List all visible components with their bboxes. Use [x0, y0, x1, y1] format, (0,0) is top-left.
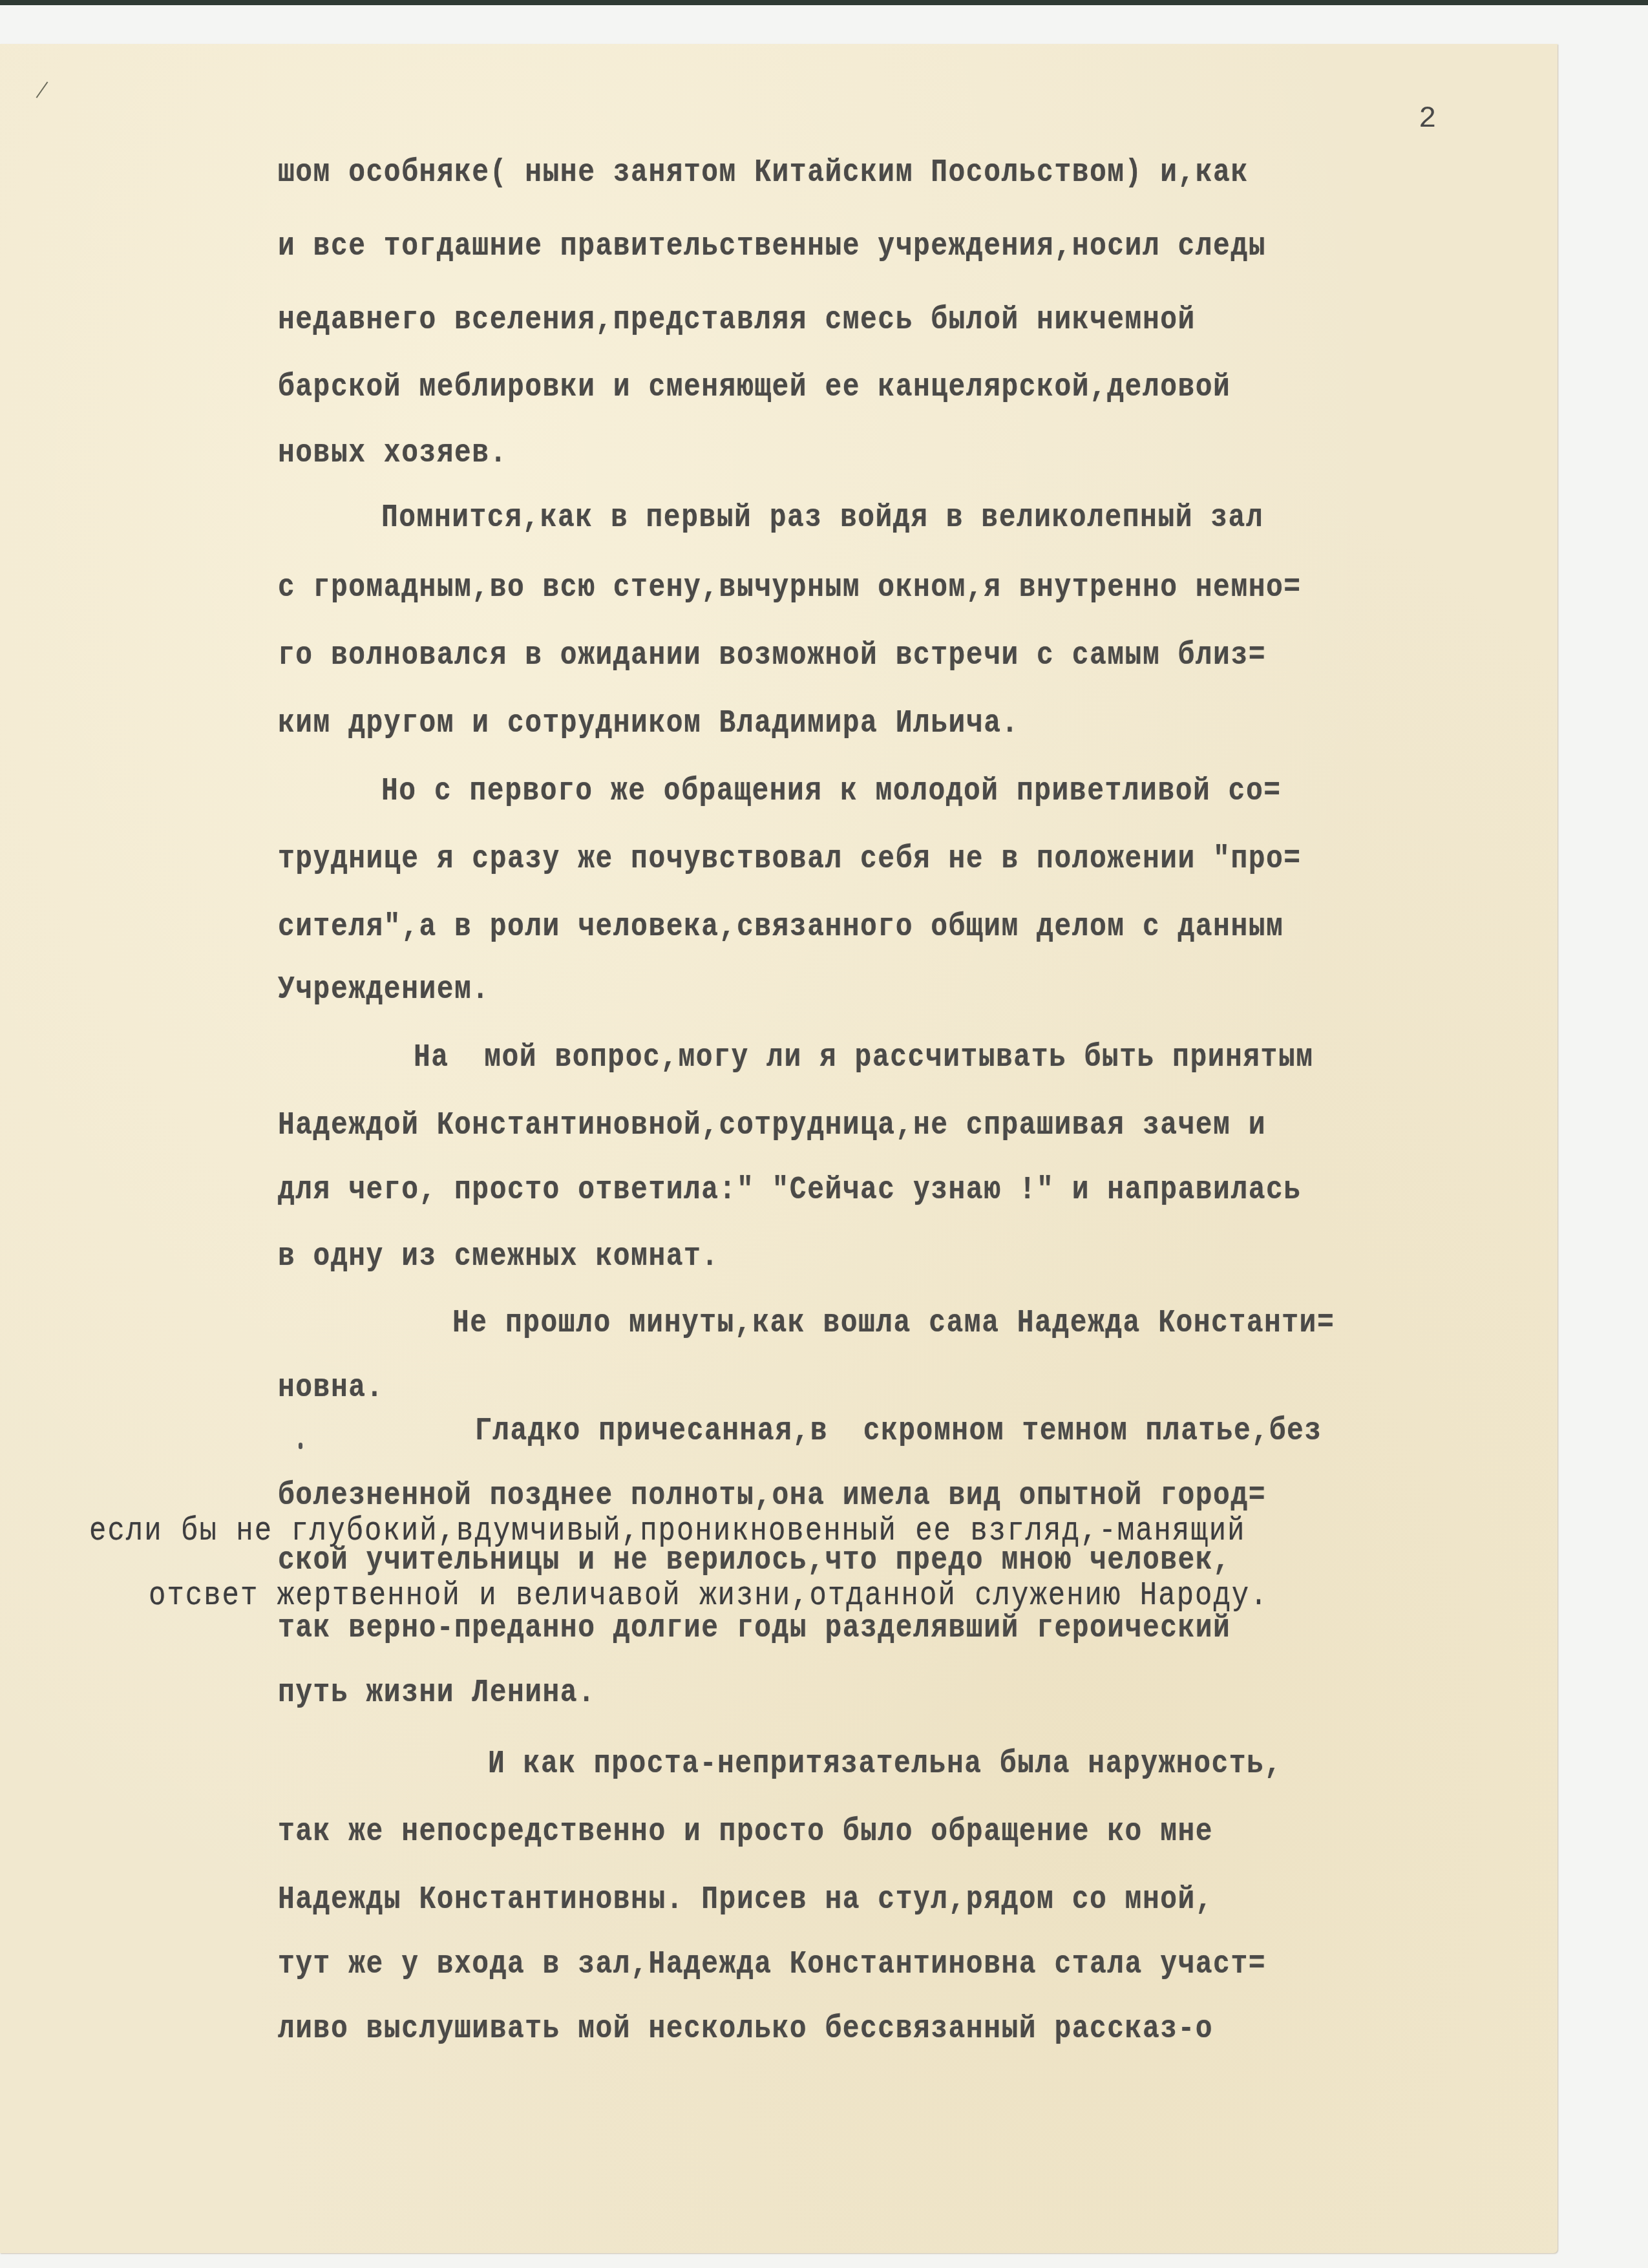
text-line: новна. — [278, 1369, 384, 1406]
text-line: и все тогдашние правительственные учрежд… — [278, 228, 1266, 265]
text-line: недавнего вселения,представляя смесь был… — [278, 301, 1196, 339]
text-line: ливо выслушивать мой несколько бессвязан… — [278, 2010, 1213, 2048]
text-line: Надежды Константиновны. Присев на стул,р… — [278, 1881, 1213, 1918]
paragraph-start: Гладко причесанная,в скромном темном пла… — [475, 1412, 1322, 1450]
text-line: с громадным,во всю стену,вычурным окном,… — [278, 569, 1302, 606]
paragraph-start: Но с первого же обращения к молодой прив… — [381, 772, 1282, 810]
text-line: в одну из смежных комнат. — [278, 1238, 719, 1275]
text-line: Надеждой Константиновной,сотрудница,не с… — [278, 1107, 1266, 1144]
paragraph-start: На мой вопрос,могу ли я рассчитывать быт… — [414, 1039, 1314, 1076]
pencil-mark — [36, 81, 48, 98]
text-line: путь жизни Ленина. — [278, 1674, 595, 1712]
text-line: болезненной позднее полноты,она имела ви… — [278, 1477, 1266, 1514]
text-line: го волновался в ожидании возможной встре… — [278, 637, 1266, 674]
paragraph-start: Помнится,как в первый раз войдя в велико… — [381, 499, 1263, 536]
text-line: шом особняке( ныне занятом Китайским Пос… — [278, 154, 1249, 191]
text-line: сителя",а в роли человека,связанного общ… — [278, 908, 1284, 946]
page-number: 2 — [1419, 102, 1437, 136]
text-line: новых хозяев. — [278, 434, 507, 472]
text-line: для чего, просто ответила:" "Сейчас узна… — [278, 1171, 1302, 1209]
paragraph-start: И как проста-непритязательна была наружн… — [488, 1745, 1282, 1783]
text-line: труднице я сразу же почувствовал себя не… — [278, 840, 1302, 878]
text-line: так же непосредственно и просто было обр… — [278, 1813, 1213, 1850]
text-line: так верно-преданно долгие годы разделявш… — [278, 1609, 1231, 1647]
scanner-edge — [0, 0, 1648, 5]
text-line: ской учительницы и не верилось,что предо… — [278, 1542, 1231, 1579]
stray-mark — [299, 1443, 302, 1449]
paragraph-start: Не прошло минуты,как вошла сама Надежда … — [452, 1304, 1335, 1342]
text-line: ким другом и сотрудником Владимира Ильич… — [278, 705, 1019, 742]
text-line: Учреждением. — [278, 971, 490, 1008]
text-line: барской меблировки и сменяющей ее канцел… — [278, 368, 1231, 406]
text-line: тут же у входа в зал,Надежда Константино… — [278, 1945, 1266, 1983]
